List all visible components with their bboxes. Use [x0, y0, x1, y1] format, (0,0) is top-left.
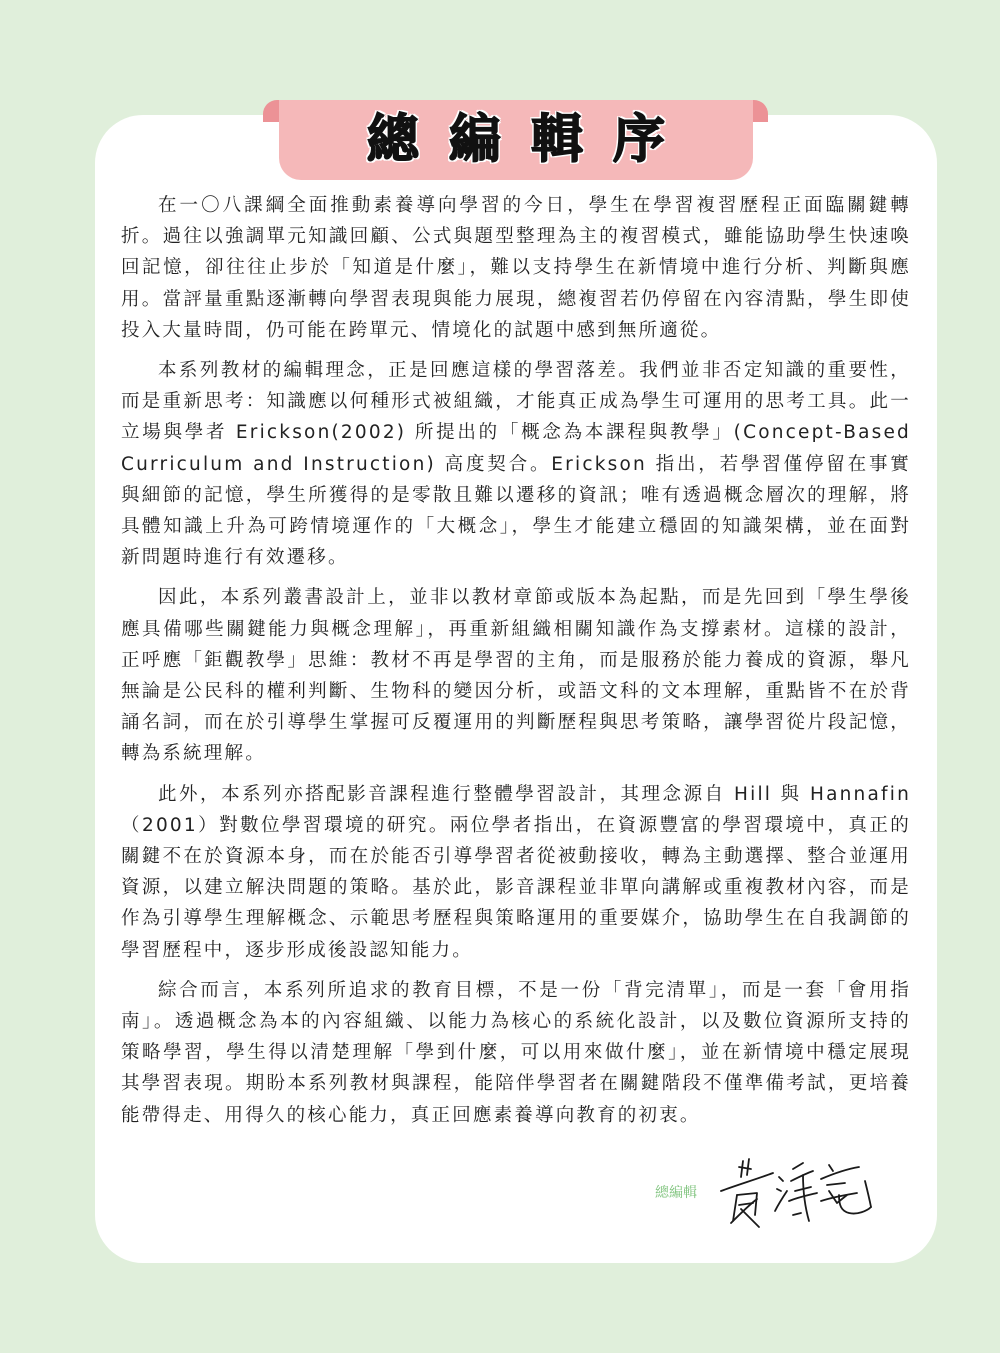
- paragraph-1: 在一〇八課綱全面推動素養導向學習的今日，學生在學習複習歷程正面臨關鍵轉折。過往以…: [121, 190, 911, 346]
- paragraph-3: 因此，本系列叢書設計上，並非以教材章節或版本為起點，而是先回到「學生學後應具備哪…: [121, 582, 911, 769]
- signature-block: 總編輯: [655, 1155, 895, 1235]
- paragraph-5: 綜合而言，本系列所追求的教育目標，不是一份「背完清單」，而是一套「會用指南」。透…: [121, 975, 911, 1131]
- paragraph-2: 本系列教材的編輯理念，正是回應這樣的學習落差。我們並非否定知識的重要性，而是重新…: [121, 355, 911, 573]
- preface-body: 在一〇八課綱全面推動素養導向學習的今日，學生在學習複習歷程正面臨關鍵轉折。過往以…: [121, 190, 911, 1140]
- title-banner: 總編輯序: [279, 100, 753, 180]
- handwritten-signature-icon: [717, 1155, 877, 1235]
- page-title: 總編輯序: [337, 114, 695, 166]
- paragraph-4: 此外，本系列亦搭配影音課程進行整體學習設計，其理念源自 Hill 與 Hanna…: [121, 779, 911, 966]
- signature-label: 總編輯: [655, 1182, 697, 1202]
